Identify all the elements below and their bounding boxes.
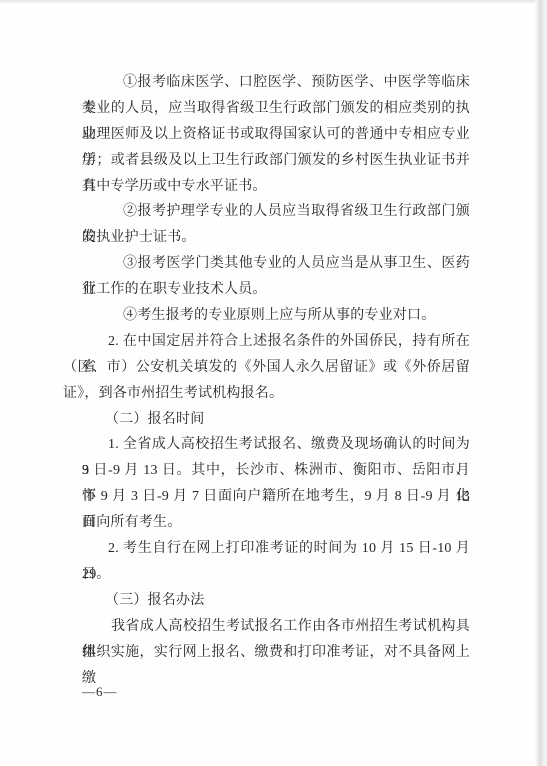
- text-line: 日。: [82, 562, 470, 588]
- text-line: 有中专学历或中专水平证书。: [82, 174, 470, 200]
- text-line: 1. 全省成人高校招生考试报名、缴费及现场确认的时间为 9 月: [82, 432, 470, 458]
- text-line: 助理医师及以上资格证书或取得国家认可的普通中专相应专业学: [82, 122, 470, 148]
- text-line: 业工作的在职专业技术人员。: [82, 277, 470, 303]
- paragraph: （三）报名办法: [82, 588, 470, 614]
- text-line: （三）报名办法: [82, 588, 470, 614]
- paragraph: （二）报名时间: [82, 407, 470, 433]
- text-line: 3 日-9 月 13 日。其中，长沙市、株洲市、衡阳市、岳阳市、怀化: [82, 458, 470, 484]
- paragraph: 2. 在中国定居并符合上述报名条件的外国侨民，持有所在省（区、市）公安机关填发的…: [82, 329, 470, 407]
- text-line: 组织实施，实行网上报名、缴费和打印准考证，对不具备网上缴: [82, 640, 470, 666]
- text-line: 市 9 月 3 日-9 月 7 日面向户籍所在地考生，9 月 8 日-9 月 1…: [82, 484, 470, 510]
- paragraph: ③报考医学门类其他专业的人员应当是从事卫生、医药行业工作的在职专业技术人员。: [82, 251, 470, 303]
- paragraph: ①报考临床医学、口腔医学、预防医学、中医学等临床类专业的人员，应当取得省级卫生行…: [82, 70, 470, 199]
- paragraph: 1. 全省成人高校招生考试报名、缴费及现场确认的时间为 9 月3 日-9 月 1…: [82, 432, 470, 536]
- document-body: ①报考临床医学、口腔医学、预防医学、中医学等临床类专业的人员，应当取得省级卫生行…: [82, 70, 470, 665]
- text-line: 专业的人员，应当取得省级卫生行政部门颁发的相应类别的执业: [82, 96, 470, 122]
- text-line: （区、市）公安机关填发的《外国人永久居留证》或《外侨居留: [82, 355, 470, 381]
- scan-edge-right: [535, 0, 547, 766]
- scan-edge-top: [0, 0, 547, 3]
- text-line: ②报考护理学专业的人员应当取得省级卫生行政部门颁发: [82, 199, 470, 225]
- paragraph: 我省成人高校招生考试报名工作由各市州招生考试机构具体组织实施，实行网上报名、缴费…: [82, 614, 470, 666]
- paragraph: ④考生报考的专业原则上应与所从事的专业对口。: [82, 303, 470, 329]
- text-line: 面向所有考生。: [82, 510, 470, 536]
- text-line: 2. 在中国定居并符合上述报名条件的外国侨民，持有所在省: [82, 329, 470, 355]
- text-line: 2. 考生自行在网上打印准考证的时间为 10 月 15 日-10 月 29: [82, 536, 470, 562]
- text-line: 的执业护士证书。: [82, 225, 470, 251]
- text-line: 证》，到各市州招生考试机构报名。: [82, 381, 470, 407]
- paragraph: 2. 考生自行在网上打印准考证的时间为 10 月 15 日-10 月 29日。: [82, 536, 470, 588]
- text-line: （二）报名时间: [82, 407, 470, 433]
- text-line: ④考生报考的专业原则上应与所从事的专业对口。: [82, 303, 470, 329]
- text-line: 我省成人高校招生考试报名工作由各市州招生考试机构具体: [82, 614, 470, 640]
- text-line: ③报考医学门类其他专业的人员应当是从事卫生、医药行: [82, 251, 470, 277]
- text-line: ①报考临床医学、口腔医学、预防医学、中医学等临床类: [82, 70, 470, 96]
- text-line: 历；或者县级及以上卫生行政部门颁发的乡村医生执业证书并具: [82, 148, 470, 174]
- scanned-document-page: ①报考临床医学、口腔医学、预防医学、中医学等临床类专业的人员，应当取得省级卫生行…: [0, 0, 547, 766]
- paragraph: ②报考护理学专业的人员应当取得省级卫生行政部门颁发的执业护士证书。: [82, 199, 470, 251]
- page-number: —6—: [82, 684, 118, 700]
